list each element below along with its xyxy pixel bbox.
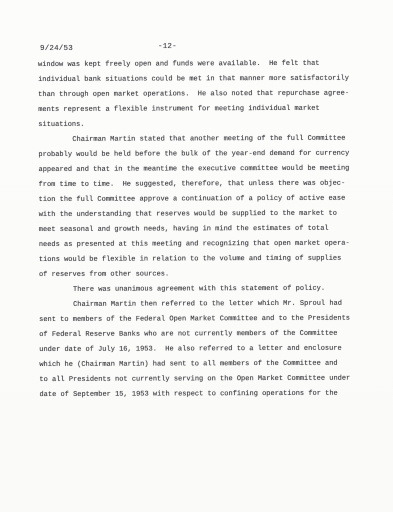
text-line: under date of July 16, 1953. He also ref… [39, 342, 361, 358]
text-line: from time to time. He suggested, therefo… [39, 177, 361, 193]
page-date: 9/24/53 [40, 45, 73, 53]
text-line: than through open market operations. He … [38, 87, 360, 103]
text-line: There was unanimous agreement with this … [39, 282, 361, 298]
text-line: of reserves from other sources. [39, 267, 361, 283]
text-line: tions would be flexible in relation to t… [39, 252, 361, 268]
text-line: with the understanding that reserves wou… [39, 207, 361, 223]
text-line: probably would be held before the bulk o… [38, 147, 360, 163]
text-line: sent to members of the Federal Open Mark… [39, 312, 361, 328]
text-line: tion the full Committee approve a contin… [39, 192, 361, 208]
paragraph: There was unanimous agreement with this … [39, 282, 361, 298]
text-line: ments represent a flexible instrument fo… [38, 102, 360, 118]
document-body: window was kept freely open and funds we… [38, 57, 362, 403]
document-page: 9/24/53 -12- window was kept freely open… [0, 0, 393, 512]
text-line: appeared and that in the meantime the ex… [38, 162, 360, 178]
text-line: date of September 15, 1953 with respect … [39, 387, 361, 403]
text-line: Chairman Martin then referred to the let… [39, 297, 361, 313]
text-line: individual bank situations could be met … [38, 72, 360, 88]
paragraph: Chairman Martin then referred to the let… [39, 297, 361, 403]
paragraph: Chairman Martin stated that another meet… [38, 132, 361, 283]
page-header: 9/24/53 -12- [0, 43, 393, 57]
paragraph: window was kept freely open and funds we… [38, 57, 360, 133]
text-line: situations. [38, 117, 360, 133]
text-line: Chairman Martin stated that another meet… [38, 132, 360, 148]
text-line: of Federal Reserve Banks who are not cur… [39, 327, 361, 343]
text-line: which he (Chairman Martin) had sent to a… [39, 357, 361, 373]
text-line: window was kept freely open and funds we… [38, 57, 360, 73]
text-line: meet seasonal and growth needs, having i… [39, 222, 361, 238]
text-line: to all Presidents not currently serving … [39, 372, 361, 388]
text-line: needs as presented at this meeting and r… [39, 237, 361, 253]
page-number: -12- [158, 43, 177, 51]
